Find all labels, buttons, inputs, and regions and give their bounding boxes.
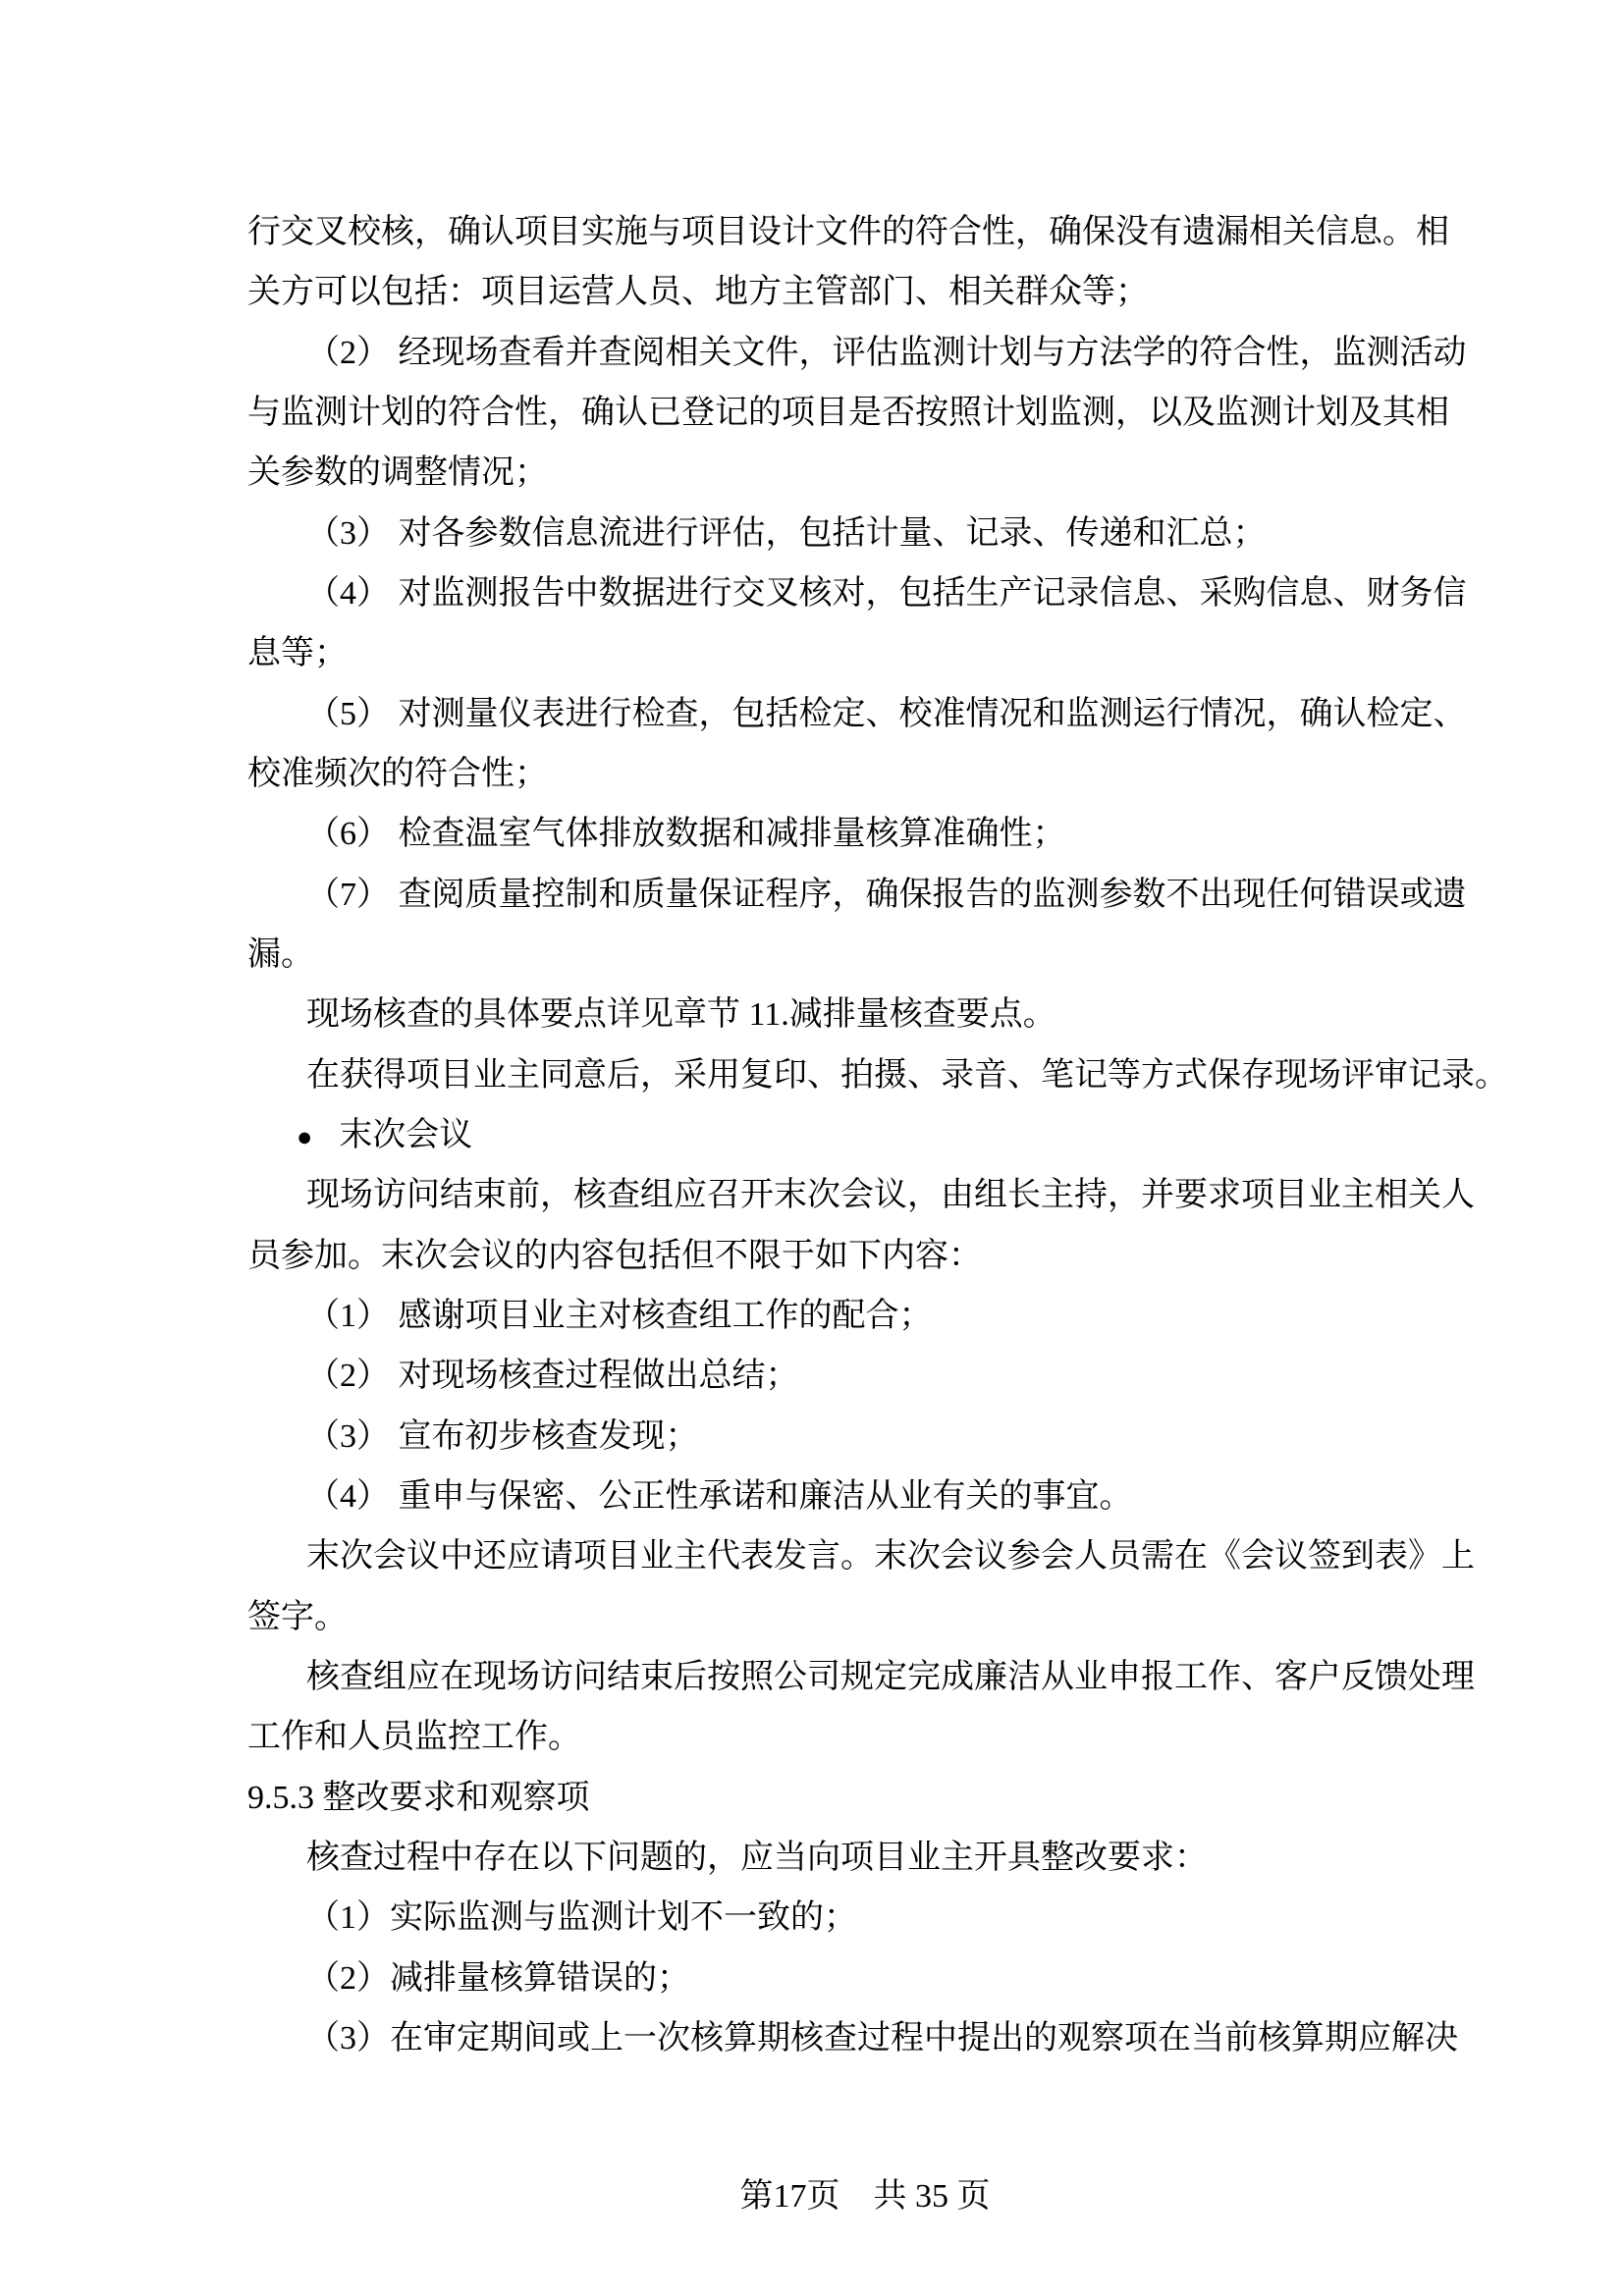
text-line: （4） 对监测报告中数据进行交叉核对，包括生产记录信息、采购信息、财务信 <box>247 563 1449 623</box>
bullet-list-item: ●末次会议 <box>247 1105 1449 1165</box>
text-line: （3）在审定期间或上一次核算期核查过程中提出的观察项在当前核算期应解决 <box>247 2008 1449 2068</box>
text-line: 员参加。末次会议的内容包括但不限于如下内容： <box>247 1226 1449 1286</box>
text-line: 签字。 <box>247 1587 1449 1647</box>
bullet-icon: ● <box>297 1107 312 1167</box>
text-line: 核查组应在现场访问结束后按照公司规定完成廉洁从业申报工作、客户反馈处理 <box>247 1647 1449 1707</box>
text-line: （2）减排量核算错误的； <box>247 1949 1449 2008</box>
text-line: 现场核查的具体要点详见章节 11.减排量核查要点。 <box>247 985 1449 1044</box>
text-line: （2） 对现场核查过程做出总结； <box>247 1346 1449 1406</box>
text-line: （5） 对测量仪表进行检查，包括检定、校准情况和监测运行情况，确认检定、 <box>247 684 1449 744</box>
text-line: 核查过程中存在以下问题的，应当向项目业主开具整改要求： <box>247 1828 1449 1888</box>
text-line: 校准频次的符合性； <box>247 744 1449 804</box>
text-line: 工作和人员监控工作。 <box>247 1707 1449 1767</box>
text-line: （3） 宣布初步核查发现； <box>247 1407 1449 1467</box>
page-footer: 第17页 共 35 页 <box>247 2107 1449 2287</box>
text-line: 息等； <box>247 623 1449 683</box>
text-line: 漏。 <box>247 925 1449 985</box>
text-line: （7） 查阅质量控制和质量保证程序，确保报告的监测参数不出现任何错误或遗 <box>247 865 1449 925</box>
text-line: 行交叉校核，确认项目实施与项目设计文件的符合性，确保没有遗漏相关信息。相 <box>247 202 1449 262</box>
text-line: （3） 对各参数信息流进行评估，包括计量、记录、传递和汇总； <box>247 504 1449 563</box>
document-page: 行交叉校核，确认项目实施与项目设计文件的符合性，确保没有遗漏相关信息。相关方可以… <box>0 0 1624 2296</box>
bullet-item-label: 末次会议 <box>339 1117 472 1153</box>
text-line: 现场访问结束前，核查组应召开末次会议，由组长主持，并要求项目业主相关人 <box>247 1165 1449 1225</box>
document-body: 行交叉校核，确认项目实施与项目设计文件的符合性，确保没有遗漏相关信息。相关方可以… <box>247 202 1449 2068</box>
text-line: 关方可以包括：项目运营人员、地方主管部门、相关群众等； <box>247 262 1449 322</box>
text-line: （1）实际监测与监测计划不一致的； <box>247 1888 1449 1948</box>
text-line: （1） 感谢项目业主对核查组工作的配合； <box>247 1286 1449 1346</box>
text-line: （6） 检查温室气体排放数据和减排量核算准确性； <box>247 804 1449 864</box>
text-line: 与监测计划的符合性，确认已登记的项目是否按照计划监测，以及监测计划及其相 <box>247 383 1449 443</box>
page-number-label: 第17页 共 35 页 <box>740 2178 991 2215</box>
text-line: （4） 重申与保密、公正性承诺和廉洁从业有关的事宜。 <box>247 1467 1449 1526</box>
text-line: （2） 经现场查看并查阅相关文件，评估监测计划与方法学的符合性，监测活动 <box>247 323 1449 383</box>
text-line: 关参数的调整情况； <box>247 443 1449 503</box>
text-line: 末次会议中还应请项目业主代表发言。末次会议参会人员需在《会议签到表》上 <box>247 1526 1449 1586</box>
section-heading: 9.5.3 整改要求和观察项 <box>247 1768 1449 1828</box>
text-line: 在获得项目业主同意后，采用复印、拍摄、录音、笔记等方式保存现场评审记录。 <box>247 1045 1449 1105</box>
